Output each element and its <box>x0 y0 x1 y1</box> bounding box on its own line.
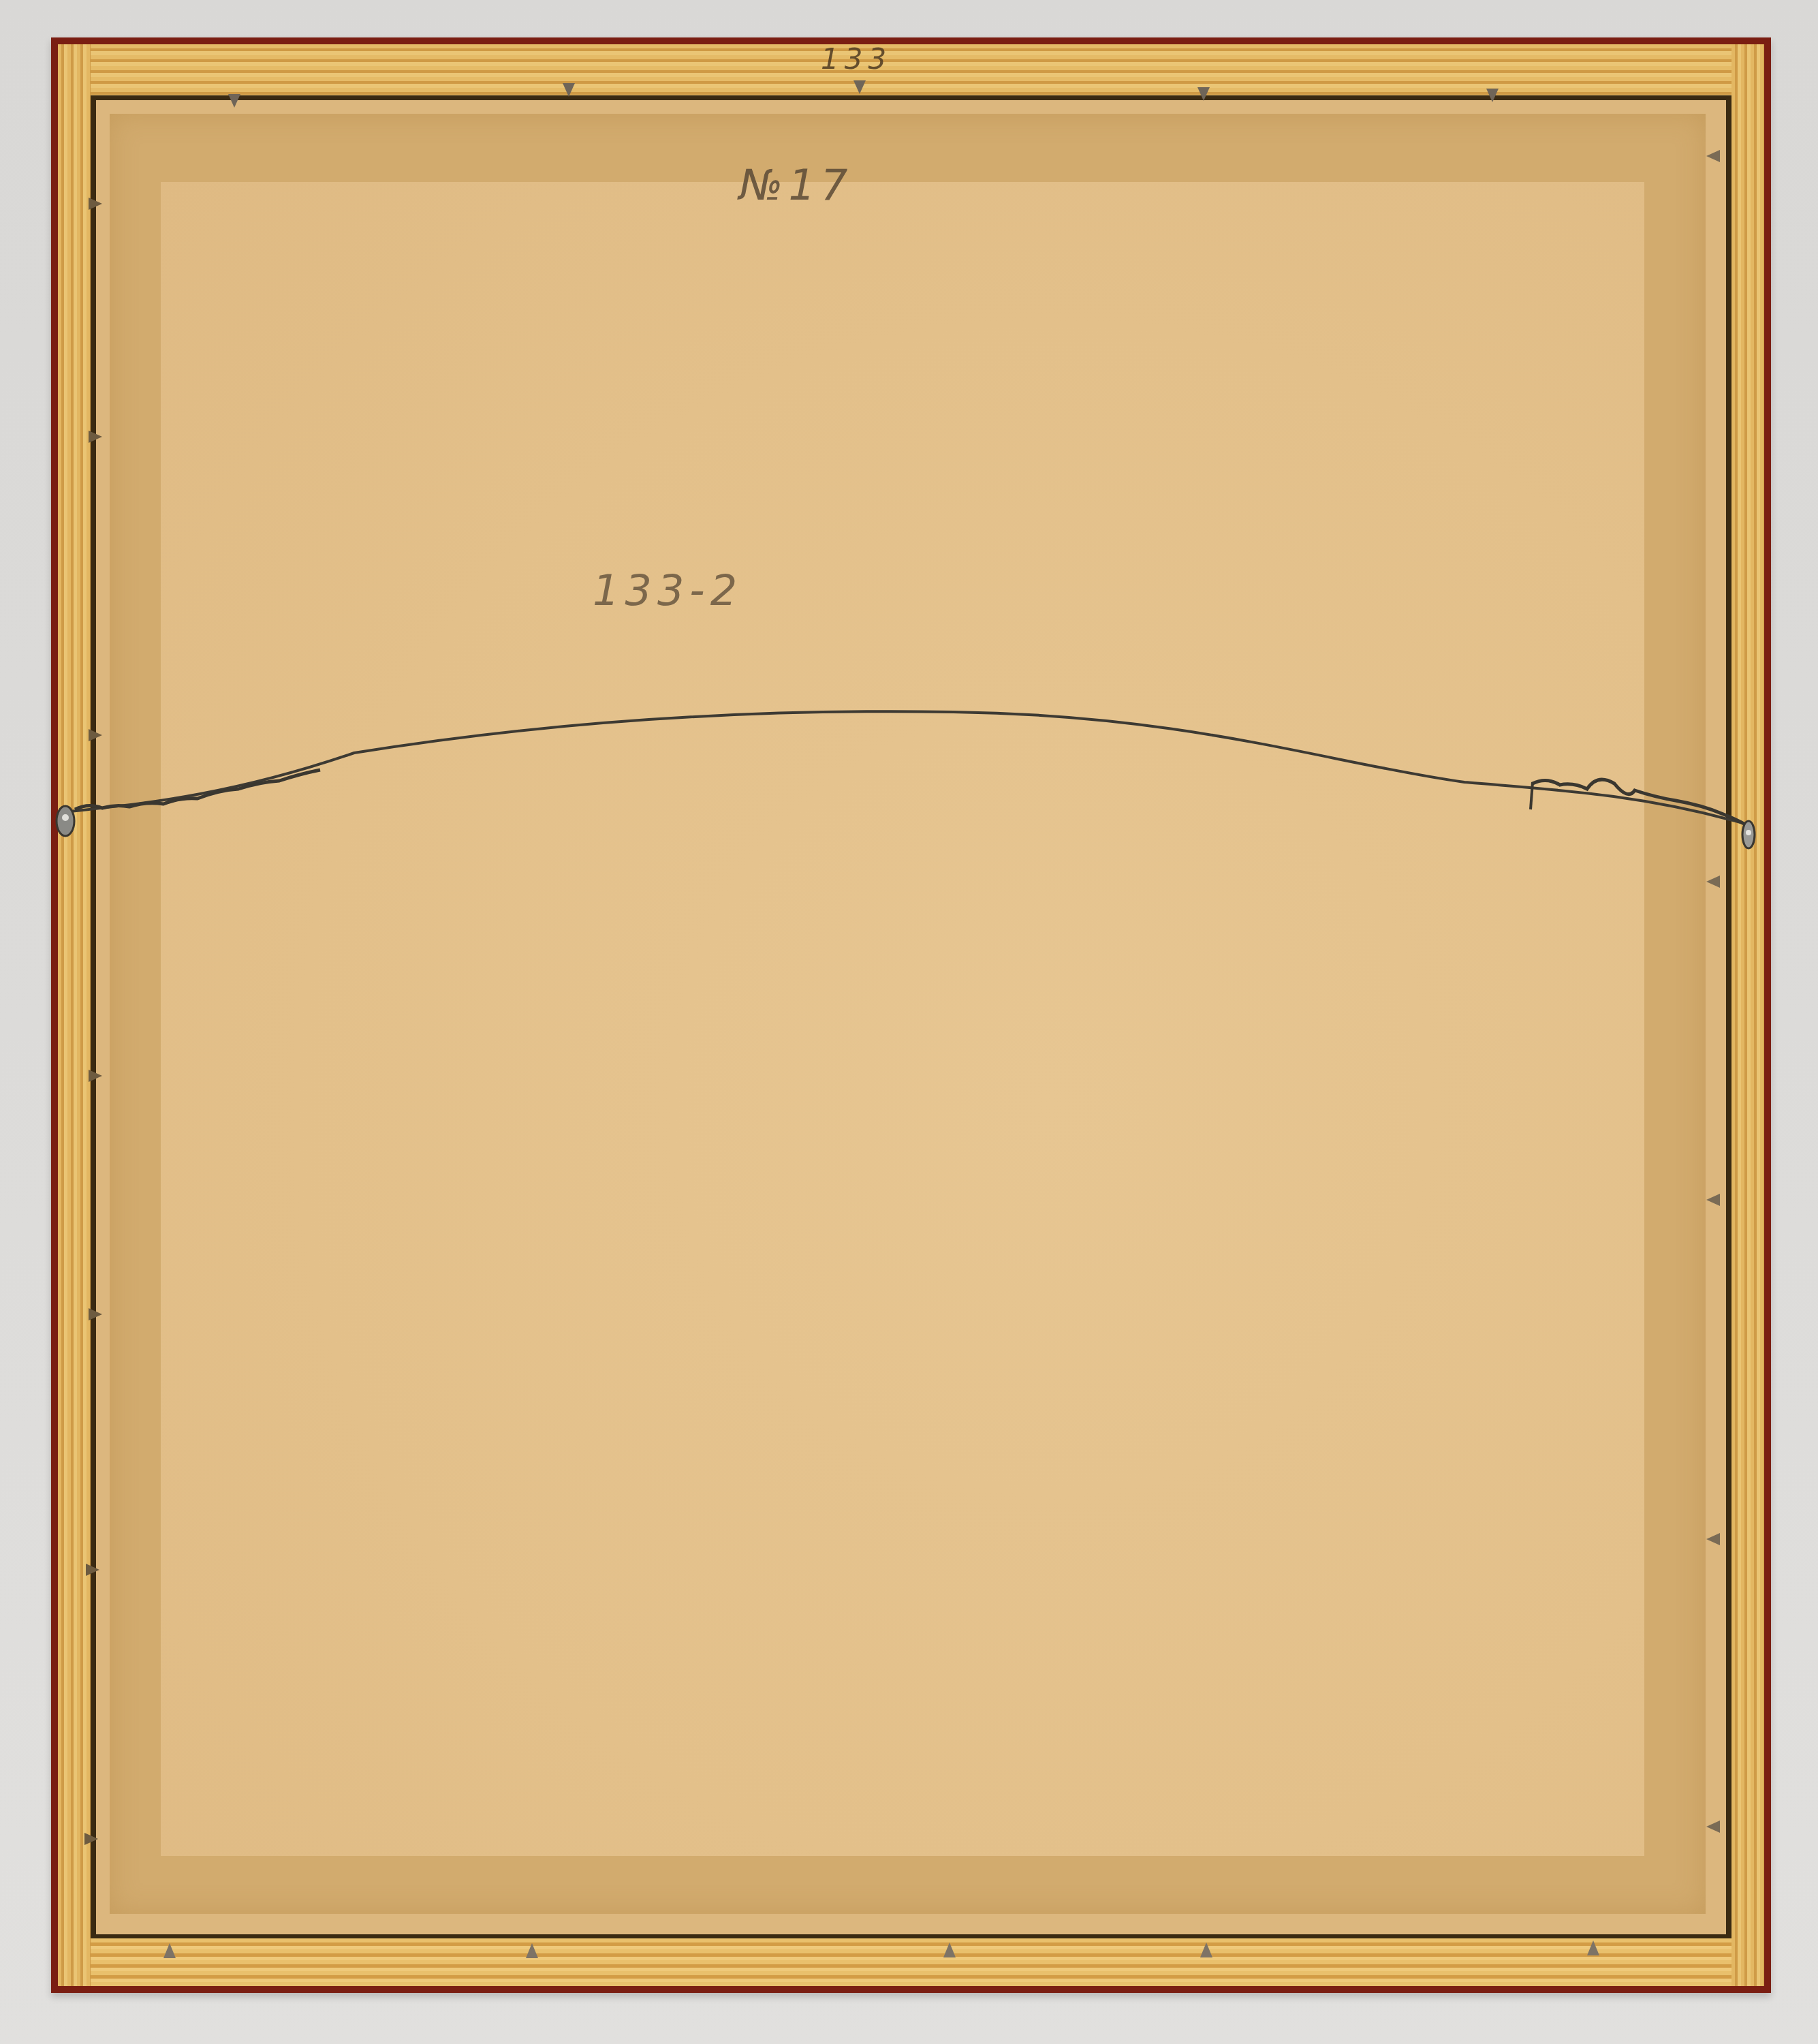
frame-rail-bottom <box>58 1938 1764 1986</box>
backing-paper <box>161 182 1644 1856</box>
glazier-point <box>1200 1942 1212 1957</box>
glazier-point <box>1706 1533 1720 1545</box>
glazier-point <box>228 94 240 108</box>
glazier-point <box>84 1833 98 1845</box>
frame-molding <box>58 44 1764 1986</box>
backing-board <box>96 100 1726 1934</box>
glazier-point <box>86 1564 99 1576</box>
glazier-point <box>163 1943 176 1958</box>
glazier-point <box>1706 1821 1720 1833</box>
glazier-point <box>89 1070 102 1082</box>
glazier-point <box>853 80 866 94</box>
catalog-number-inscription: №17 <box>739 160 853 210</box>
glazier-point <box>89 729 102 741</box>
glazier-point <box>1706 1194 1720 1206</box>
glazier-point <box>89 1308 102 1320</box>
glazier-point <box>1197 87 1210 101</box>
picture-frame <box>51 37 1771 1993</box>
glazier-point <box>1486 89 1499 102</box>
glazier-point <box>1706 150 1720 162</box>
glazier-point <box>1587 1940 1599 1955</box>
inventory-code-inscription: 133-2 <box>593 566 742 615</box>
frame-inscription: 133 <box>821 42 892 76</box>
glazier-point <box>89 198 102 210</box>
glazier-point <box>1706 876 1720 888</box>
glazier-point <box>943 1942 956 1957</box>
frame-rail-right <box>1731 44 1764 1986</box>
frame-rail-top <box>58 44 1764 95</box>
glazier-point <box>89 431 102 443</box>
glazier-point <box>526 1943 538 1958</box>
frame-rail-left <box>58 44 91 1986</box>
glazier-point <box>563 83 575 97</box>
